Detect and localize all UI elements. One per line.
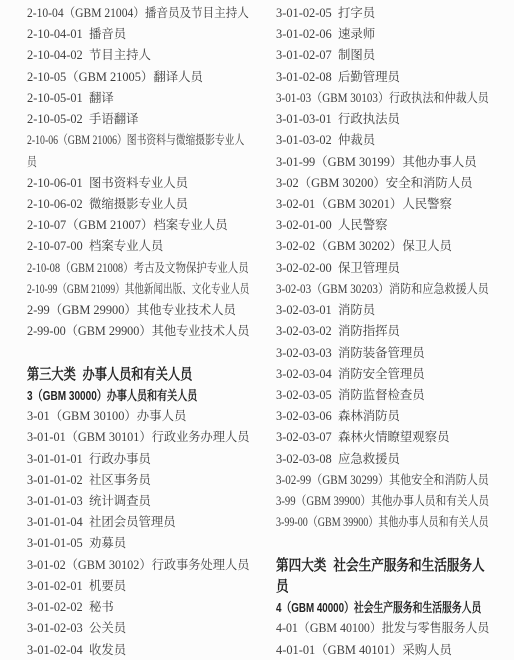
classification-entry: 3-01-02-03 公关员 <box>27 618 249 639</box>
classification-entry: 3-02-03（GBM 30203）消防和应急救援人员 <box>276 279 467 300</box>
classification-entry: 2-10-08（GBM 21008）考古及文物保护专业人员 <box>27 258 214 279</box>
classification-entry: 3-02-03-06 森林消防员 <box>276 406 489 427</box>
classification-entry: 3-02-03-08 应急救援员 <box>276 449 489 470</box>
classification-entry: 3-01-02-01 机要员 <box>27 576 249 597</box>
classification-entry: 2-10-07（GBM 21007）档案专业人员 <box>27 215 249 236</box>
classification-entry: 2-10-07-00 档案专业人员 <box>27 236 249 257</box>
classification-entry: 3-01-01-02 社区事务员 <box>27 470 249 491</box>
occupation-classification-page: 2-10-04（GBM 21004）播音员及节目主持人2-10-04-01 播音… <box>0 0 514 660</box>
spacer-line <box>276 533 489 554</box>
classification-entry: 3-02-03-07 森林火情瞭望观察员 <box>276 427 489 448</box>
classification-entry: 2-10-06（GBM 21006）图书资料与微缩摄影专业人员 <box>27 130 248 172</box>
classification-entry: 3-01-02-04 收发员 <box>27 640 249 660</box>
classification-entry: 3-01-02-05 打字员 <box>276 3 489 24</box>
classification-entry: 3-01-01（GBM 30101）行政业务办理人员 <box>27 427 246 448</box>
spacer-line <box>27 343 249 364</box>
classification-entry: 3-02-03-05 消防监督检查员 <box>276 385 489 406</box>
classification-entry: 2-10-04（GBM 21004）播音员及节目主持人 <box>27 3 234 24</box>
classification-entry: 3-02-03-04 消防安全管理员 <box>276 364 489 385</box>
classification-entry: 4-01（GBM 40100）批发与零售服务人员 <box>276 618 481 639</box>
classification-entry: 3-01-03（GBM 30103）行政执法和仲裁人员 <box>276 88 467 109</box>
section-heading: 第三大类 办事人员和有关人员 <box>27 364 161 385</box>
classification-entry: 3-02-03-01 消防员 <box>276 300 489 321</box>
class-code-heading: 3（GBM 30000）办事人员和有关人员 <box>27 385 158 406</box>
section-heading: 第四大类 社会生产服务和生活服务人员 <box>276 555 488 597</box>
classification-entry: 2-10-04-01 播音员 <box>27 24 249 45</box>
classification-entry: 3-01-01-01 行政办事员 <box>27 449 249 470</box>
classification-entry: 3-02-99（GBM 30299）其他安全和消防人员 <box>276 470 467 491</box>
classification-entry: 3-01-01-03 统计调查员 <box>27 491 249 512</box>
classification-entry: 3-01-02-08 后勤管理员 <box>276 67 489 88</box>
classification-entry: 2-10-05（GBM 21005）翻译人员 <box>27 67 249 88</box>
classification-entry: 2-10-06-02 微缩摄影专业人员 <box>27 194 249 215</box>
classification-entry: 3-01-02（GBM 30102）行政事务处理人员 <box>27 555 246 576</box>
classification-entry: 3-02-01-00 人民警察 <box>276 215 489 236</box>
classification-entry: 3-02（GBM 30200）安全和消防人员 <box>276 173 489 194</box>
classification-entry: 3-02-02-00 保卫管理员 <box>276 258 489 279</box>
classification-entry: 3-99（GBM 39900）其他办事人员和有关人员 <box>276 491 460 512</box>
classification-entry: 3-01-99（GBM 30199）其他办事人员 <box>276 152 489 173</box>
classification-entry: 2-10-06-01 图书资料专业人员 <box>27 173 249 194</box>
classification-entry: 3-02-01（GBM 30201）人民警察 <box>276 194 489 215</box>
classification-entry: 3-01-01-04 社团会员管理员 <box>27 512 249 533</box>
classification-entry: 2-10-04-02 节目主持人 <box>27 45 249 66</box>
classification-entry: 3-01-02-02 秘书 <box>27 597 249 618</box>
classification-entry: 3-01-01-05 劝募员 <box>27 533 249 554</box>
classification-entry: 3-01（GBM 30100）办事人员 <box>27 406 249 427</box>
classification-entry: 2-10-99（GBM 21099）其他新闻出版、文化专业人员 <box>27 279 199 300</box>
classification-entry: 3-99-00（GBM 39900）其他办事人员和有关人员 <box>276 512 449 533</box>
classification-entry: 3-02-03-03 消防装备管理员 <box>276 343 489 364</box>
classification-entry: 2-10-05-02 手语翻译 <box>27 109 249 130</box>
classification-entry: 4-01-01（GBM 40101）采购人员 <box>276 640 489 660</box>
classification-entry: 3-02-02（GBM 30202）保卫人员 <box>276 236 489 257</box>
classification-entry: 3-02-03-02 消防指挥员 <box>276 321 489 342</box>
classification-entry: 3-01-02-07 制图员 <box>276 45 489 66</box>
left-text-column: 2-10-04（GBM 21004）播音员及节目主持人2-10-04-01 播音… <box>27 3 249 660</box>
classification-entry: 2-10-05-01 翻译 <box>27 88 249 109</box>
class-code-heading: 4（GBM 40000）社会生产服务和生活服务人员 <box>276 597 431 618</box>
classification-entry: 3-01-03-02 仲裁员 <box>276 130 489 151</box>
classification-entry: 3-01-02-06 速录师 <box>276 24 489 45</box>
classification-entry: 3-01-03-01 行政执法员 <box>276 109 489 130</box>
classification-entry: 2-99（GBM 29900）其他专业技术人员 <box>27 300 249 321</box>
classification-entry: 2-99-00（GBM 29900）其他专业技术人员 <box>27 321 246 342</box>
right-text-column: 3-01-02-05 打字员3-01-02-06 速录师3-01-02-07 制… <box>276 3 489 660</box>
